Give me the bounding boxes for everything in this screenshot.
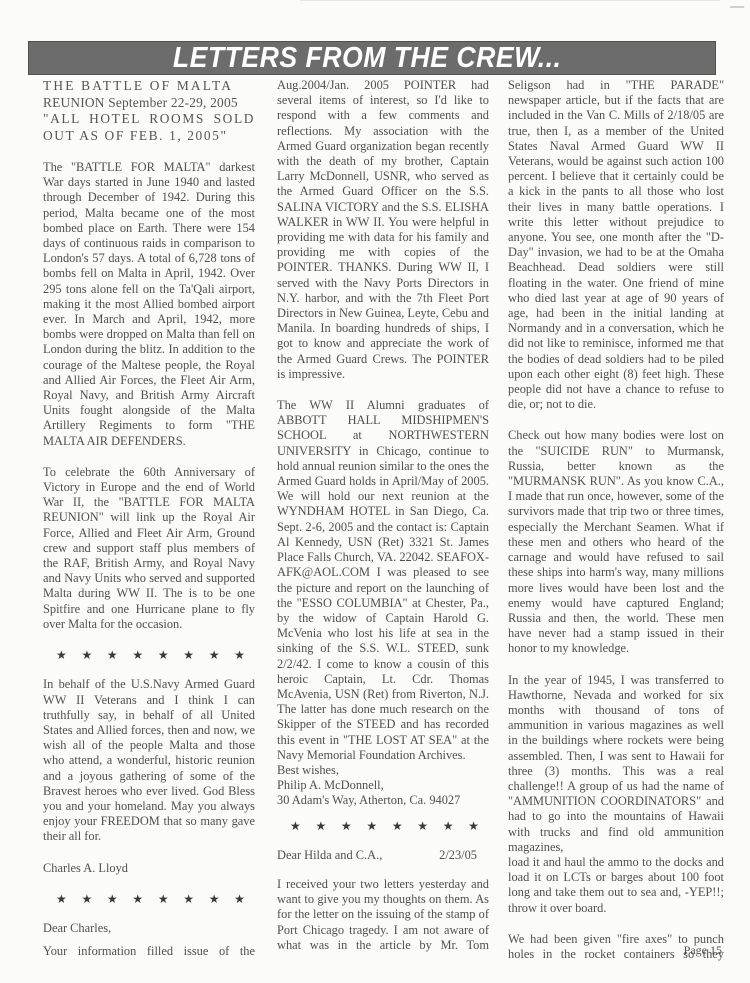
star-icon: ★ [468,819,479,834]
star-divider: ★ ★ ★ ★ ★ ★ ★ ★ [277,819,489,834]
top-edge-rule [300,0,720,1]
salutation: Dear Hilda and C.A., [277,848,382,863]
star-icon: ★ [158,648,169,663]
star-icon: ★ [392,819,403,834]
star-icon: ★ [234,892,245,907]
section-banner: LETTERS FROM THE CREW... [28,41,716,75]
star-icon: ★ [56,648,67,663]
letter-date: 2/23/05 [439,848,477,863]
star-icon: ★ [183,892,194,907]
sign-off-block: Best wishes, Philip A. McDonnell, 30 Ada… [277,763,489,809]
star-icon: ★ [81,648,92,663]
headline-line-1: THE BATTLE OF MALTA [43,78,233,93]
column-middle: Aug.2004/Jan. 2005 POINTER had several i… [277,78,489,969]
paragraph: In the year of 1945, I was transferred t… [508,673,724,855]
star-icon: ★ [315,819,326,834]
paragraph: Seligson had in "THE PARADE" newspaper a… [508,78,724,412]
headline-dates: September 22-29, 2005 [105,95,238,110]
star-divider: ★ ★ ★ ★ ★ ★ ★ ★ [43,892,255,907]
star-icon: ★ [290,819,301,834]
star-icon: ★ [341,819,352,834]
star-icon: ★ [107,648,118,663]
sender-name: Philip A. McDonnell, [277,778,489,793]
letter-opening: Your information filled issue of the [43,944,255,959]
star-icon: ★ [366,819,377,834]
star-icon: ★ [183,648,194,663]
paragraph: The "BATTLE FOR MALTA" darkest War days … [43,160,255,449]
closing: Best wishes, [277,763,489,778]
scan-corner-mark [730,0,749,8]
letter-opening: I received your two letters yesterday an… [277,877,489,953]
paragraph: In behalf of the U.S.Navy Armed Guard WW… [43,677,255,844]
headline-reunion: REUNION [43,95,105,110]
article-headline: THE BATTLE OF MALTA REUNION September 22… [43,78,255,144]
paragraph: To celebrate the 60th Anniversary of Vic… [43,465,255,632]
star-icon: ★ [132,648,143,663]
newsletter-page: LETTERS FROM THE CREW... THE BATTLE OF M… [0,0,750,983]
page-number: Page 15 [684,943,722,958]
column-right: Seligson had in "THE PARADE" newspaper a… [508,78,724,978]
section-title: LETTERS FROM THE CREW... [173,42,561,75]
column-left: THE BATTLE OF MALTA REUNION September 22… [43,78,255,975]
star-icon: ★ [132,892,143,907]
sender-address: 30 Adam's Way, Atherton, Ca. 94027 [277,793,489,808]
star-icon: ★ [209,892,220,907]
star-divider: ★ ★ ★ ★ ★ ★ ★ ★ [43,648,255,663]
star-icon: ★ [81,892,92,907]
paragraph: Check out how many bodies were lost on t… [508,428,724,656]
paragraph: Aug.2004/Jan. 2005 POINTER had several i… [277,78,489,382]
paragraph: load it and haul the ammo to the docks a… [508,855,724,916]
star-icon: ★ [107,892,118,907]
headline-quote: "ALL HOTEL ROOMS SOLD OUT AS OF FEB. 1, … [43,111,255,143]
star-icon: ★ [443,819,454,834]
paragraph: The WW II Alumni graduates of ABBOTT HAL… [277,398,489,763]
star-icon: ★ [234,648,245,663]
signature: Charles A. Lloyd [43,861,255,876]
star-icon: ★ [417,819,428,834]
star-icon: ★ [158,892,169,907]
salutation: Dear Charles, [43,921,255,936]
star-icon: ★ [209,648,220,663]
salutation-row: Dear Hilda and C.A., 2/23/05 [277,848,489,863]
star-icon: ★ [56,892,67,907]
